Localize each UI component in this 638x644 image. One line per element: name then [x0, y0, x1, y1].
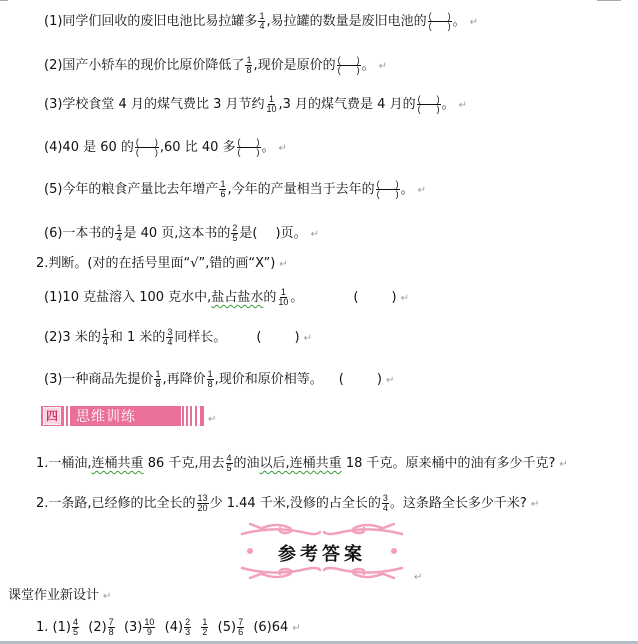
blank-fraction[interactable]: ()() — [376, 180, 400, 199]
grammar-underlined-text: 连桶共重 — [92, 456, 144, 471]
fraction: 14 — [258, 12, 265, 31]
fraction: 78 — [108, 618, 115, 637]
item-label: (1) — [44, 290, 62, 305]
judge-question-2: (2)3 米的14和 1 米的34同样长。( )↵ — [44, 328, 312, 347]
judge-answer-box[interactable]: ( ) — [339, 372, 382, 387]
judge-question-3: (3)一种商品先提价18,再降价18,现价和原价相等。( )↵ — [44, 370, 394, 389]
item-text: 一本书的 — [62, 226, 114, 241]
item-text: 3 米的 — [62, 330, 100, 345]
fraction: 110 — [277, 288, 289, 307]
grammar-underlined-text: 盐占盐水 — [211, 290, 263, 305]
fraction: 25 — [231, 224, 238, 243]
blank-fraction[interactable]: ()() — [135, 138, 159, 157]
blank-fraction[interactable]: ()() — [428, 12, 452, 31]
paragraph-mark-icon: ↵ — [279, 259, 287, 270]
item-text: ,3 月的煤气费是 4 月的 — [279, 97, 416, 112]
fraction: 1320 — [197, 494, 209, 513]
item-text: 10 克盐溶入 100 克水中, — [62, 290, 211, 305]
judge-answer-box[interactable]: ( ) — [256, 330, 299, 345]
paragraph-mark-icon: ↵ — [418, 185, 426, 196]
item-label: (5) — [44, 182, 62, 197]
fraction: 12 — [201, 618, 208, 637]
paragraph-mark-icon: ↵ — [208, 414, 216, 425]
answers-line-1: 1. (1)45 (2)78 (3)109 (4)23 12 (5)76 (6)… — [36, 618, 301, 637]
item-text: 国产小轿车的现价比原价降低了 — [62, 58, 244, 73]
answer-logo-title: 参考答案 — [232, 540, 412, 566]
item-label: (3) — [44, 372, 62, 387]
fraction: 34 — [382, 494, 389, 513]
item-text: 今年的粮食产量比去年增产 — [62, 182, 218, 197]
banner-stripe — [182, 406, 184, 426]
banner-title: 思维训练 — [76, 406, 136, 426]
fill-question-3: (3)学校食堂 4 月的煤气费比 3 月节约110,3 月的煤气费是 4 月的(… — [44, 95, 467, 114]
paragraph-mark-icon: ↵ — [279, 143, 287, 154]
fraction: 18 — [245, 56, 252, 75]
item-label: (3) — [44, 97, 62, 112]
banner-divider — [68, 406, 70, 426]
fraction: 18 — [154, 370, 161, 389]
item-label: (4) — [44, 140, 62, 155]
fill-question-2: (2)国产小轿车的现价比原价降低了18,现价是原价的()()。↵ — [44, 56, 387, 75]
fill-question-4: (4)40 是 60 的()(),60 比 40 多()()。↵ — [44, 138, 287, 157]
banner-stripe — [200, 406, 204, 426]
paragraph-mark-icon: ↵ — [103, 591, 111, 602]
answers-heading-text: 课堂作业新设计 — [8, 588, 99, 603]
banner-stripe — [186, 406, 188, 426]
section-heading: 2.判断。(对的在括号里面“√”,错的画“X”) — [36, 256, 275, 271]
fraction: 16 — [219, 180, 226, 199]
fill-question-5: (5)今年的粮食产量比去年增产16,今年的产量相当于去年的()()。↵ — [44, 180, 426, 199]
section-banner: 四 思维训练 — [41, 406, 181, 426]
section-number-badge: 四 — [43, 407, 61, 425]
fill-question-6: (6)一本书的14是 40 页,这本书的25是()页。↵ — [44, 224, 319, 243]
item-text: 学校食堂 4 月的煤气费比 3 月节约 — [62, 97, 264, 112]
banner-divider — [64, 406, 66, 426]
item-text: 是 40 页,这本书的 — [123, 226, 230, 241]
paragraph-mark-icon: ↵ — [559, 459, 567, 470]
item-text: 同学们回收的废旧电池比易拉罐多 — [62, 14, 257, 29]
fraction: 14 — [102, 328, 109, 347]
item-label: (2) — [44, 58, 62, 73]
fraction: 45 — [226, 454, 233, 473]
judge-answer-box[interactable]: ( ) — [353, 290, 396, 305]
item-text: ,易拉罐的数量是废旧电池的 — [266, 14, 426, 29]
section-2-heading: 2.判断。(对的在括号里面“√”,错的画“X”)↵ — [36, 256, 288, 273]
item-text: ,60 比 40 多 — [160, 140, 236, 155]
paragraph-mark-icon: ↵ — [379, 61, 387, 72]
item-label: (6) — [44, 226, 62, 241]
fraction: 110 — [266, 95, 278, 114]
paragraph-mark-icon: ↵ — [531, 499, 539, 510]
word-problem-1: 1.一桶油,连桶共重 86 千克,用去45的油以后,连桶共重 18 千克。原来桶… — [36, 454, 568, 473]
paragraph-mark-icon: ↵ — [292, 623, 300, 634]
paragraph-mark-icon: ↵ — [386, 375, 394, 386]
fraction: 109 — [143, 618, 155, 637]
item-text: 一种商品先提价 — [62, 372, 153, 387]
item-label: (1) — [44, 14, 62, 29]
banner-stripe — [195, 406, 197, 426]
reference-answer-logo: 参考答案 — [232, 520, 412, 582]
item-text: 40 是 60 的 — [62, 140, 133, 155]
blank-fraction[interactable]: ()() — [417, 95, 441, 114]
paragraph-mark-icon: ↵ — [414, 572, 422, 583]
fraction: 14 — [115, 224, 122, 243]
fill-question-1: (1)同学们回收的废旧电池比易拉罐多14,易拉罐的数量是废旧电池的()()。↵ — [44, 12, 478, 31]
item-label: (2) — [44, 330, 62, 345]
fraction: 45 — [72, 618, 79, 637]
paragraph-mark-icon: ↵ — [459, 100, 467, 111]
blank-fraction[interactable]: ()() — [237, 138, 261, 157]
fraction: 18 — [207, 370, 214, 389]
item-text: ,现价是原价的 — [253, 58, 335, 73]
paragraph-mark-icon: ↵ — [304, 333, 312, 344]
fraction: 76 — [237, 618, 244, 637]
paragraph-mark-icon: ↵ — [401, 293, 409, 304]
judge-question-1: (1)10 克盐溶入 100 克水中,盐占盐水的110。( )↵ — [44, 288, 409, 307]
paragraph-mark-icon: ↵ — [311, 229, 319, 240]
answers-heading: 课堂作业新设计↵ — [8, 588, 111, 605]
fraction: 34 — [166, 328, 173, 347]
grammar-underlined-text: 以后,连桶共重 — [260, 456, 342, 471]
item-text: ,今年的产量相当于去年的 — [227, 182, 374, 197]
word-problem-2: 2.一条路,已经修的比全长的1320少 1.44 千米,没修的占全长的34。这条… — [36, 494, 539, 513]
blank-fraction[interactable]: ()() — [337, 56, 361, 75]
fraction: 23 — [184, 618, 191, 637]
page-corner-mark — [597, 0, 621, 1]
paragraph-mark-icon: ↵ — [470, 17, 478, 28]
page-corner-mark — [0, 0, 8, 1]
banner-stripe — [190, 406, 192, 426]
